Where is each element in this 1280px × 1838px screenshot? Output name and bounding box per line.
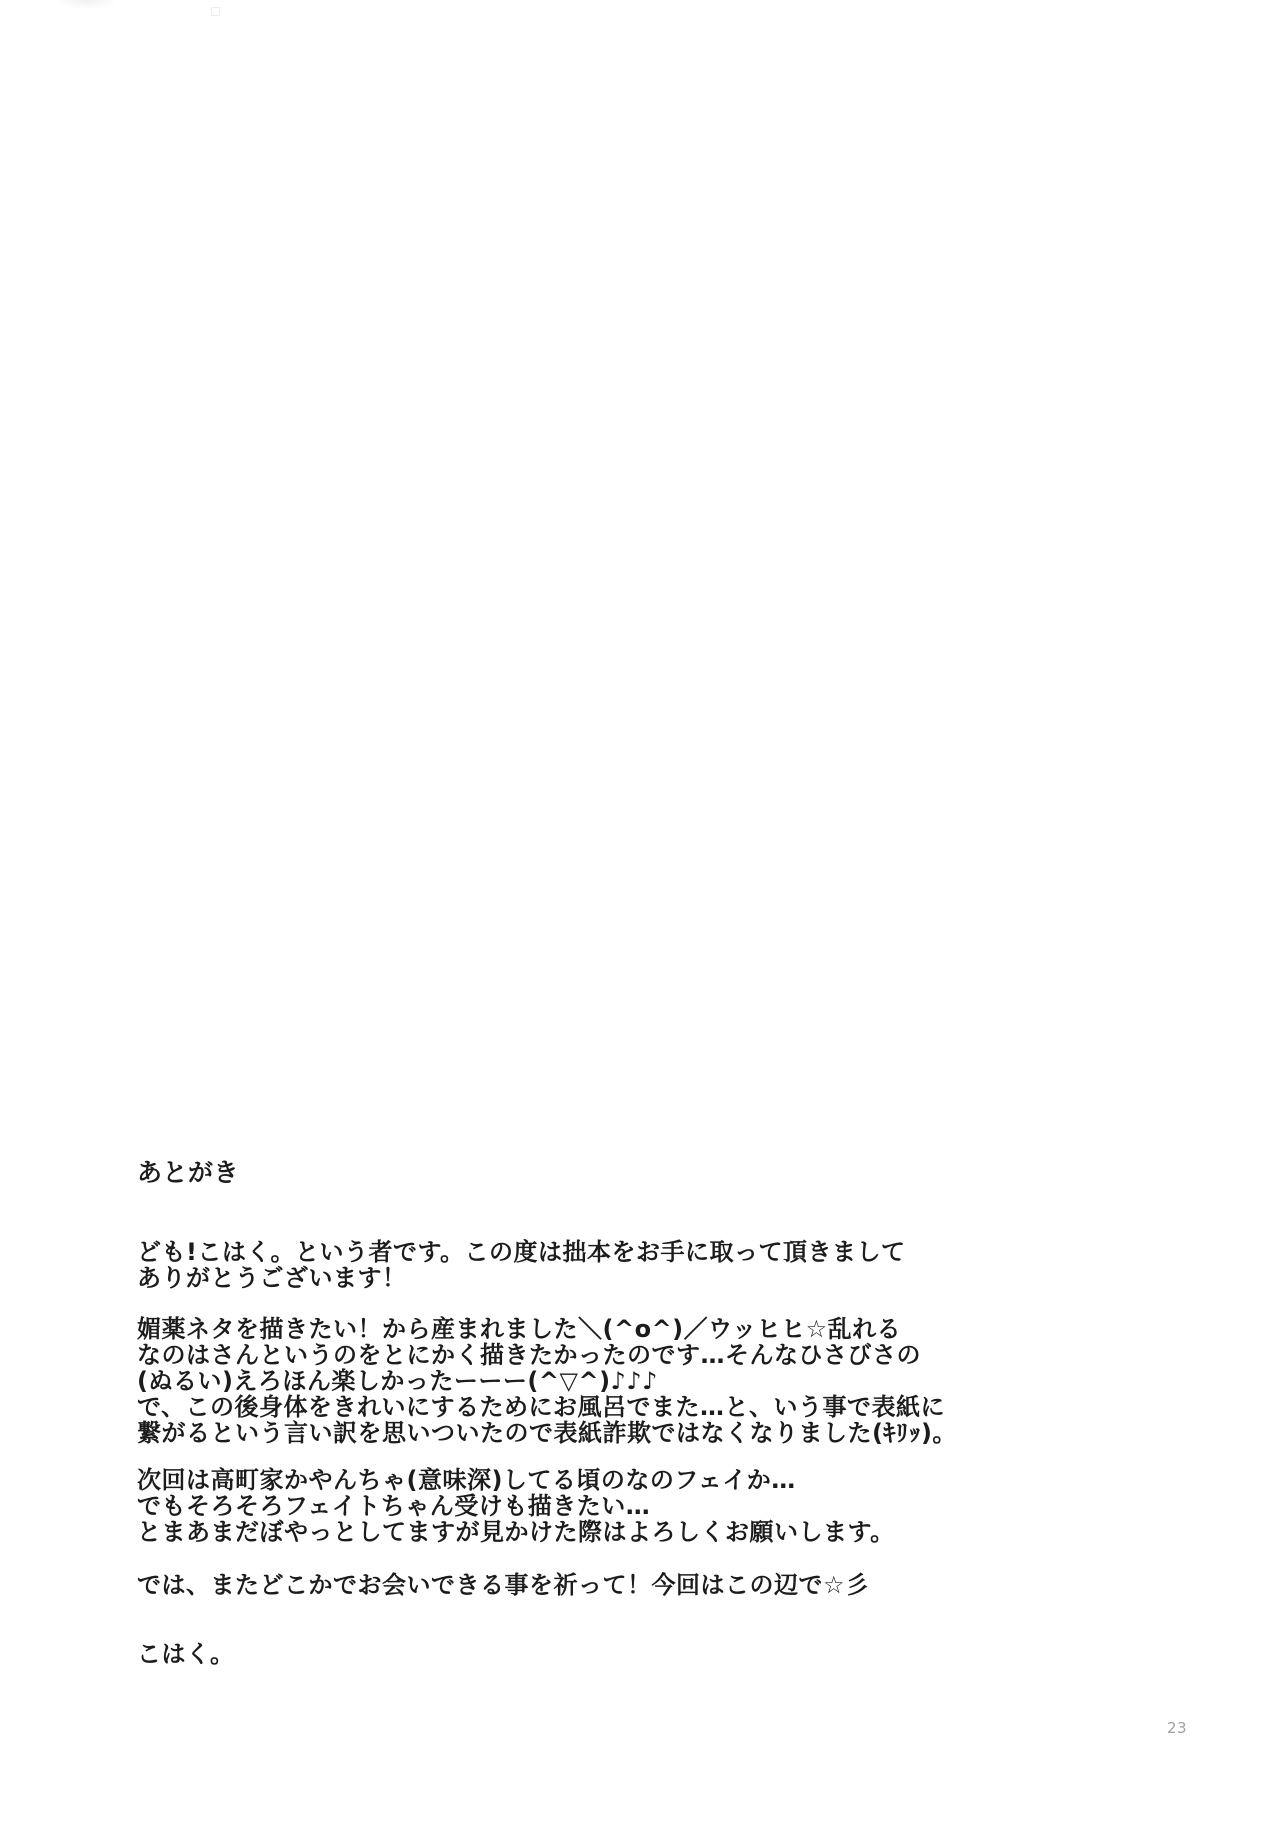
afterword-paragraph-greeting: ども!こはく。という者です。この度は拙本をお手に取って頂きまして ありがとうござ…: [137, 1239, 906, 1291]
afterword-paragraph-farewell: では、またどこかでお会いできる事を祈って！今回はこの辺で☆彡: [137, 1572, 870, 1598]
author-signature: こはく。: [137, 1641, 235, 1667]
afterword-paragraph-main: 媚薬ネタを描きたい！から産まれました＼(^o^)／ウッヒヒ☆乱れる なのはさんと…: [137, 1316, 957, 1446]
scan-artifact-smudge: [58, 0, 116, 9]
scan-artifact-speck: [211, 7, 220, 16]
afterword-heading: あとがき: [137, 1160, 239, 1186]
afterword-paragraph-next-plans: 次回は高町家かやんちゃ(意味深)してる頃のなのフェイか… でもそろそろフェイトち…: [137, 1467, 895, 1545]
scanned-afterword-page: あとがき ども!こはく。という者です。この度は拙本をお手に取って頂きまして あり…: [0, 0, 1280, 1838]
page-number: 23: [1167, 1719, 1187, 1737]
